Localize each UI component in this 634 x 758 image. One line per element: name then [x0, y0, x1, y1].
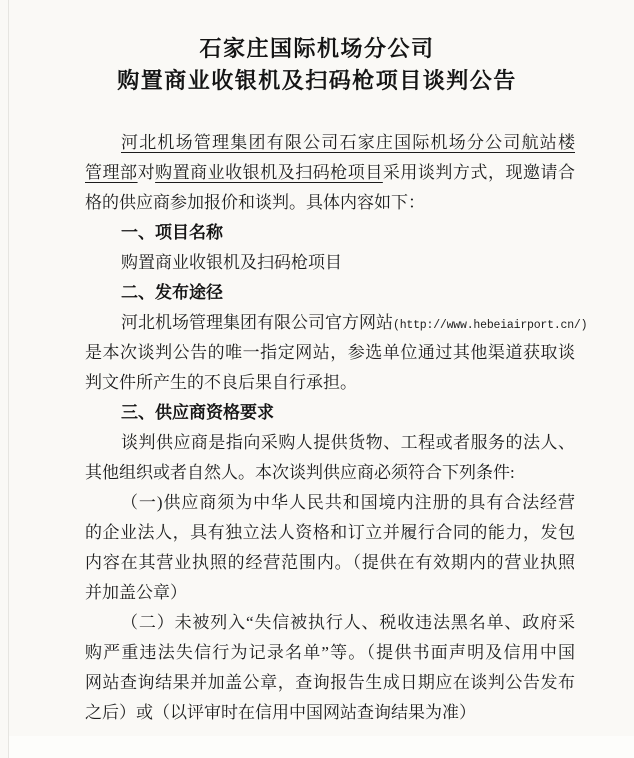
- section-heading-2: 二、发布途径: [85, 278, 575, 308]
- plain-text: 采用谈判方式，现邀请合: [383, 163, 575, 182]
- text-line: 是本次谈判公告的唯一指定网站，参选单位通过其他渠道获取谈: [85, 338, 575, 368]
- underlined-text: 河北机场管理集团有限公司石家庄国际机场分公司航站楼: [121, 133, 575, 152]
- text-line: 并加盖公章）: [85, 578, 575, 608]
- underlined-text: 购置商业收银机及扫码枪项目: [155, 163, 383, 182]
- text-line: 之后）或（以评审时在信用中国网站查询结果为准）: [85, 698, 575, 728]
- text-line: 其他组织或者自然人。本次谈判供应商必须符合下列条件:: [85, 458, 575, 488]
- text-line: 判文件所产生的不良后果自行承担。: [85, 368, 575, 398]
- text-line: （二）未被列入“失信被执行人、税收违法黑名单、政府采: [85, 608, 575, 638]
- section-heading-1: 一、项目名称: [85, 218, 575, 248]
- section-heading-3: 三、供应商资格要求: [85, 398, 575, 428]
- text-line: 的企业法人，具有独立法人资格和订立并履行合同的能力，发包: [85, 518, 575, 548]
- text-line: 购严重违法失信行为记录名单”等。（提供书面声明及信用中国: [85, 638, 575, 668]
- doc-title-line2: 购置商业收银机及扫码枪项目谈判公告: [0, 65, 634, 97]
- doc-title-line1: 石家庄国际机场分公司: [0, 33, 634, 65]
- plain-text: 河北机场管理集团有限公司官方网站: [121, 313, 393, 332]
- scan-bottom-band: [9, 736, 634, 758]
- document-page: 石家庄国际机场分公司 购置商业收银机及扫码枪项目谈判公告 河北机场管理集团有限公…: [0, 0, 634, 758]
- underlined-text: 管理部: [85, 163, 138, 182]
- text-line: 内容在其营业执照的经营范围内。（提供在有效期内的营业执照: [85, 548, 575, 578]
- text-line: 网站查询结果并加盖公章，查询报告生成日期应在谈判公告发布: [85, 668, 575, 698]
- text-line: 河北机场管理集团有限公司石家庄国际机场分公司航站楼: [85, 128, 575, 158]
- text-line: 河北机场管理集团有限公司官方网站(http://www.hebeiairport…: [85, 308, 575, 338]
- text-line: 谈判供应商是指向采购人提供货物、工程或者服务的法人、: [85, 428, 575, 458]
- text-line: （一)供应商须为中华人民共和国境内注册的具有合法经营: [85, 488, 575, 518]
- text-line: 购置商业收银机及扫码枪项目: [85, 248, 575, 278]
- plain-text: 对: [138, 163, 156, 182]
- doc-body: 河北机场管理集团有限公司石家庄国际机场分公司航站楼 管理部对购置商业收银机及扫码…: [85, 128, 575, 728]
- doc-title: 石家庄国际机场分公司 购置商业收银机及扫码枪项目谈判公告: [0, 0, 634, 97]
- website-url: (http://www.hebeiairport.cn/): [393, 319, 587, 332]
- page-edge-line: [8, 0, 9, 758]
- text-line: 格的供应商参加报价和谈判。具体内容如下：: [85, 188, 575, 218]
- text-line: 管理部对购置商业收银机及扫码枪项目采用谈判方式，现邀请合: [85, 158, 575, 188]
